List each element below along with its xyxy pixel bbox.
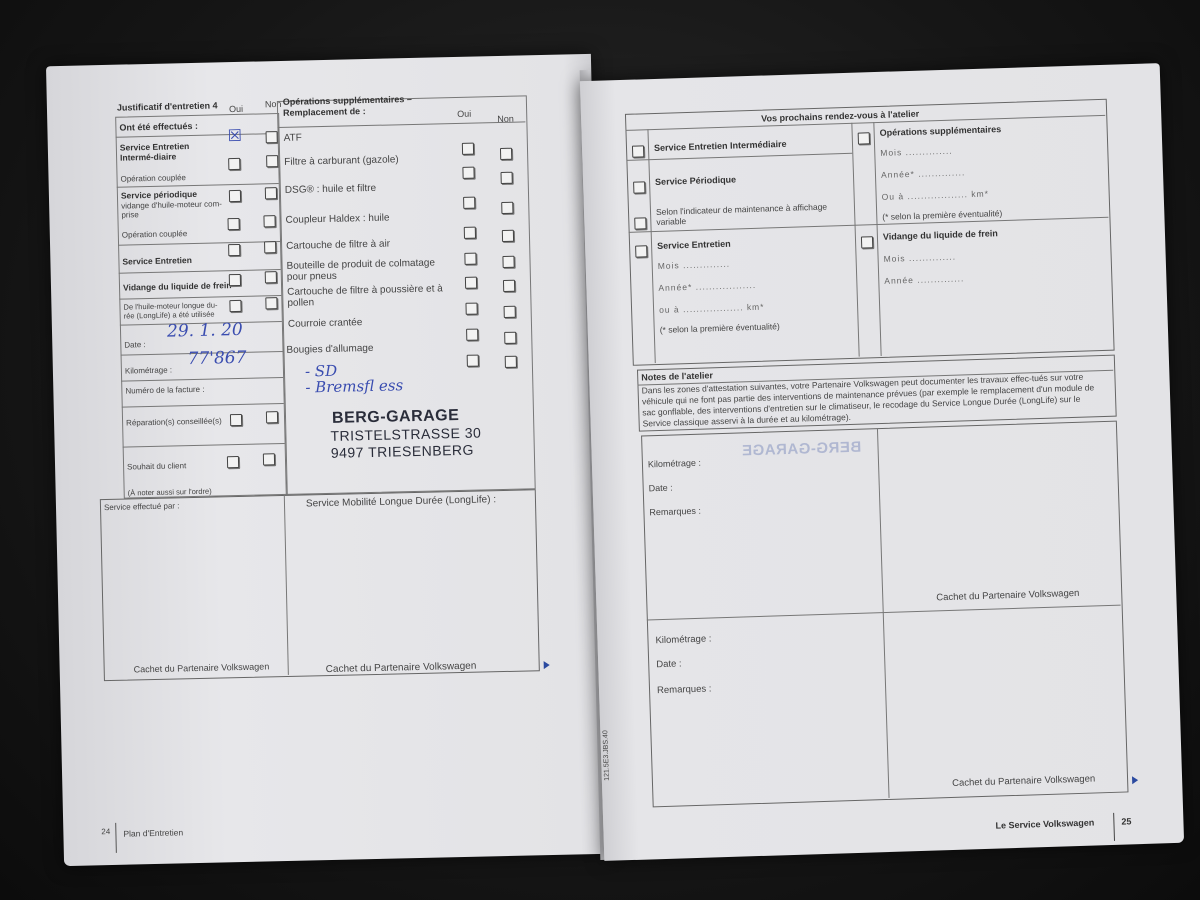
checkbox-non-intermediate[interactable]	[266, 131, 278, 143]
checkbox-oui-haldex[interactable]	[463, 197, 475, 209]
checkbox-oui-spark-plugs[interactable]	[466, 329, 478, 341]
row-coupled-2: Opération couplée	[122, 229, 188, 239]
attest-2-date: Date :	[656, 658, 682, 670]
row-periodic-oil: vidange d'huile-moteur com-prise	[121, 199, 226, 219]
attest-1-date: Date :	[649, 483, 673, 494]
checkbox-oui-pollen-filter[interactable]	[465, 277, 477, 289]
checkbox-non-coupled-2[interactable]	[263, 215, 275, 227]
date-value[interactable]: 29. 1. 20	[167, 320, 243, 342]
attest-2-remarks: Remarques :	[657, 683, 712, 696]
extra-item-timing-belt: Courroie crantée	[288, 317, 363, 330]
checkbox-non-dsg[interactable]	[501, 172, 513, 184]
row-intermediate: Service Entretien Intermé-diaire	[120, 140, 220, 162]
checkbox-non-timing-belt[interactable]	[504, 306, 516, 318]
checkbox-oui-dsg[interactable]	[462, 167, 474, 179]
checkbox-oui-timing-belt[interactable]	[465, 303, 477, 315]
checkbox-next-brake[interactable]	[861, 236, 873, 248]
extra-item-tire-sealant: Bouteille de produit de colmatage pour p…	[286, 257, 446, 283]
checkbox-oui-tire-sealant[interactable]	[464, 253, 476, 265]
extra-item-air-filter: Cartouche de filtre à air	[286, 239, 390, 252]
checkbox-oui-repair[interactable]	[230, 414, 242, 426]
extra-ops-header-2: Remplacement de :	[283, 106, 366, 118]
extra-item-pollen-filter: Cartouche de filtre à poussière et à pol…	[287, 283, 447, 309]
page-number-left: 24	[101, 827, 110, 836]
checkbox-oui-longlife[interactable]	[229, 300, 241, 312]
row-periodic: Service périodique	[121, 189, 197, 201]
checkbox-non-air-filter[interactable]	[502, 230, 514, 242]
km-label: Kilométrage :	[125, 366, 172, 376]
service-by-label: Service effectué par :	[104, 501, 180, 512]
checkbox-non-haldex[interactable]	[501, 202, 513, 214]
attestation-table	[641, 421, 1128, 808]
checked-oui-intermediate[interactable]: ☒	[227, 126, 242, 145]
row-longlife-oil: De l'huile-moteur longue du-rée (LongLif…	[123, 300, 223, 320]
row-coupled-1: Opération couplée	[120, 173, 186, 183]
checkbox-non-repair[interactable]	[266, 411, 278, 423]
km-value[interactable]: 77'867	[187, 348, 246, 369]
extra-item-dsg: DSG® : huile et filtre	[285, 183, 377, 196]
checkbox-non-coupled-1[interactable]	[266, 155, 278, 167]
handwritten-note-2: - Bremsfl ess	[305, 376, 403, 396]
checkbox-non-longlife[interactable]	[265, 297, 277, 309]
extra-col-oui: Oui	[457, 109, 471, 119]
checkbox-next-entretien[interactable]	[635, 245, 647, 257]
checkbox-next-periodic[interactable]	[633, 181, 645, 193]
checkbox-oui-periodic[interactable]	[229, 190, 241, 202]
checkbox-non-brake[interactable]	[265, 271, 277, 283]
stamp-city: 9497 TRIESENBERG	[331, 442, 474, 461]
done-header: Ont été effectués :	[119, 121, 198, 133]
wish-label: Souhait du client	[127, 461, 186, 471]
right-page: Vos prochains rendez-vous à l'atelier Se…	[580, 63, 1184, 861]
print-code: 121.5E3.JBS.40	[602, 730, 611, 781]
invoice-label: Numéro de la facture :	[125, 385, 204, 396]
col-oui-label: Oui	[229, 104, 243, 114]
next-arrow-icon	[544, 661, 550, 669]
checkbox-non-extra[interactable]	[505, 356, 517, 368]
footer-title-left: Plan d'Entretien	[123, 827, 183, 838]
checkbox-oui-brake[interactable]	[229, 274, 241, 286]
checkbox-non-tire-sealant[interactable]	[502, 256, 514, 268]
row-service-entretien: Service Entretien	[122, 255, 192, 267]
checkbox-oui-coupled-1[interactable]	[228, 158, 240, 170]
checkbox-non-fuel-filter[interactable]	[500, 148, 512, 160]
checkbox-next-extra[interactable]	[858, 132, 870, 144]
checkbox-non-wish[interactable]	[263, 453, 275, 465]
checkbox-oui-extra[interactable]	[467, 355, 479, 367]
date-label: Date :	[124, 340, 146, 349]
maintenance-proof-title: Justificatif d'entretien 4	[117, 100, 218, 112]
checkbox-non-pollen-filter[interactable]	[503, 280, 515, 292]
checkbox-oui-entretien[interactable]	[228, 244, 240, 256]
note-order: (À noter aussi sur l'ordre)	[128, 487, 212, 498]
left-page: Justificatif d'entretien 4 Oui Non Ont é…	[46, 54, 609, 866]
footer-title-right: Le Service Volkswagen	[995, 818, 1094, 831]
checkbox-non-entretien[interactable]	[264, 241, 276, 253]
attest-2-km: Kilométrage :	[655, 633, 711, 646]
checkbox-oui-coupled-2[interactable]	[227, 218, 239, 230]
checkbox-next-indicator[interactable]	[634, 217, 646, 229]
checkbox-next-intermediate[interactable]	[632, 145, 644, 157]
checkbox-non-spark-plugs[interactable]	[504, 332, 516, 344]
next-arrow-icon-right	[1132, 776, 1138, 784]
service-bottom-box	[100, 489, 540, 681]
page-number-right: 25	[1121, 816, 1131, 826]
checkbox-oui-wish[interactable]	[227, 456, 239, 468]
checkbox-oui-air-filter[interactable]	[464, 227, 476, 239]
extra-item-haldex: Coupleur Haldex : huile	[285, 213, 389, 226]
attest-1-remarks: Remarques :	[649, 506, 701, 518]
attest-1-km: Kilométrage :	[648, 458, 701, 470]
checkbox-oui-fuel-filter[interactable]	[462, 143, 474, 155]
extra-item-atf: ATF	[284, 133, 302, 144]
checkbox-non-periodic[interactable]	[265, 187, 277, 199]
extra-item-spark-plugs: Bougies d'allumage	[286, 343, 373, 356]
